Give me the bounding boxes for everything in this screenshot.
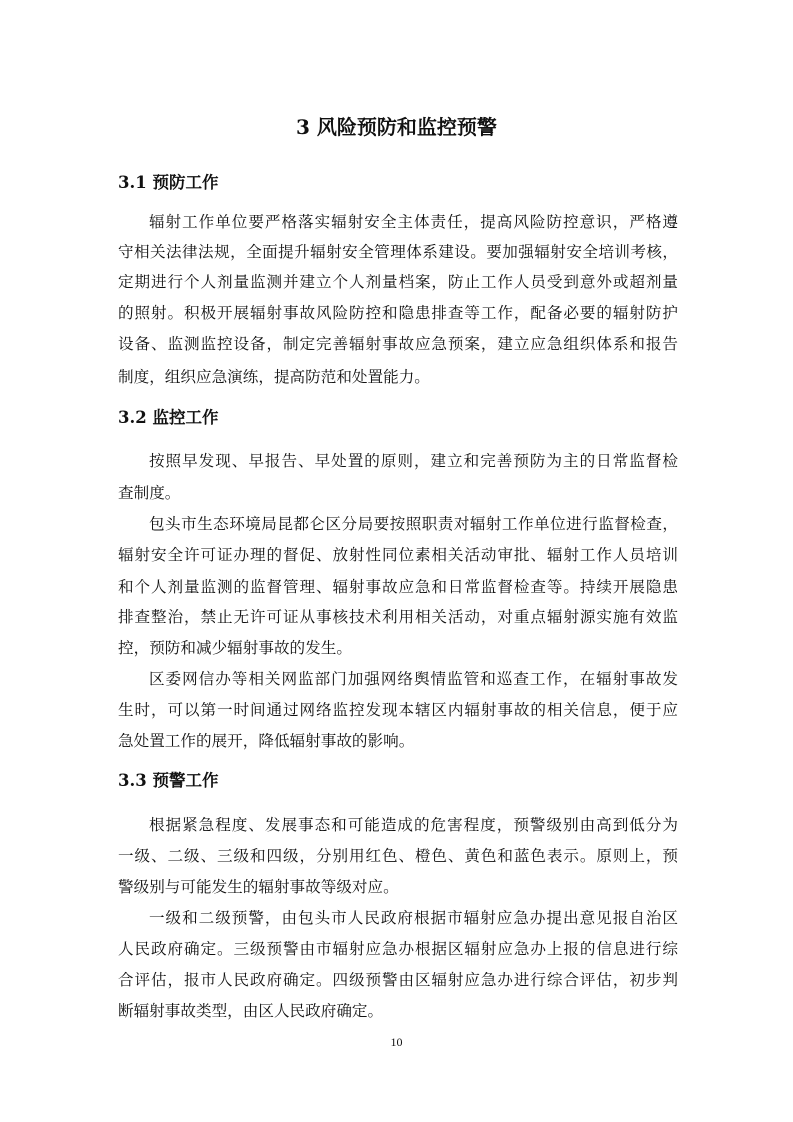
paragraph-line: 按照早发现、早报告、早处置的原则，建立和完善预防为主的日常监督检 [149,450,678,472]
paragraph-line: 人民政府确定。三级预警由市辐射应急办根据区辐射应急办上报的信息进行综 [118,938,678,960]
paragraph-line: 急处置工作的展开，降低辐射事故的影响。 [118,730,678,752]
paragraph-line: 制度，组织应急演练，提高防范和处置能力。 [118,366,678,388]
paragraph-line: 辐射安全许可证办理的督促、放射性同位素相关活动审批、辐射工作人员培训 [118,544,678,566]
paragraph-line: 根据紧急程度、发展事态和可能造成的危害程度，预警级别由高到低分为 [149,814,678,836]
paragraph-line: 定期进行个人剂量监测并建立个人剂量档案，防止工作人员受到意外或超剂量 [118,271,678,293]
paragraph-line: 一级、二级、三级和四级，分别用红色、橙色、黄色和蓝色表示。原则上，预 [118,845,678,867]
paragraph-line: 控，预防和减少辐射事故的发生。 [118,637,678,659]
document-page: 3 风险预防和监控预警 3.1 预防工作 辐射工作单位要严格落实辐射安全主体责任… [0,0,793,1122]
paragraph-line: 辐射工作单位要严格落实辐射安全主体责任，提高风险防控意识，严格遵 [149,211,678,233]
paragraph-line: 查制度。 [118,482,678,504]
paragraph-line: 排查整治，禁止无许可证从事核技术利用相关活动，对重点辐射源实施有效监 [118,606,678,628]
paragraph-line: 断辐射事故类型，由区人民政府确定。 [118,1000,678,1022]
paragraph-line: 一级和二级预警，由包头市人民政府根据市辐射应急办提出意见报自治区 [149,907,678,929]
paragraph-line: 合评估，报市人民政府确定。四级预警由区辐射应急办进行综合评估，初步判 [118,969,678,991]
paragraph-line: 包头市生态环境局昆都仑区分局要按照职责对辐射工作单位进行监督检查， [149,513,678,535]
paragraph-line: 和个人剂量监测的监督管理、辐射事故应急和日常监督检查等。持续开展隐患 [118,576,678,598]
page-number: 10 [0,1034,793,1050]
section-heading-3-3: 3.3 预警工作 [118,769,218,793]
paragraph-line: 生时，可以第一时间通过网络监控发现本辖区内辐射事故的相关信息，便于应 [118,699,678,721]
paragraph-line: 守相关法律法规，全面提升辐射安全管理体系建设。要加强辐射安全培训考核， [118,241,678,263]
chapter-title: 3 风险预防和监控预警 [0,112,793,142]
paragraph-line: 设备、监测监控设备，制定完善辐射事故应急预案，建立应急组织体系和报告 [118,333,678,355]
paragraph-line: 警级别与可能发生的辐射事故等级对应。 [118,876,678,898]
section-heading-3-1: 3.1 预防工作 [118,171,218,195]
section-heading-3-2: 3.2 监控工作 [118,406,218,430]
paragraph-line: 的照射。积极开展辐射事故风险防控和隐患排查等工作，配备必要的辐射防护 [118,302,678,324]
paragraph-line: 区委网信办等相关网监部门加强网络舆情监管和巡查工作，在辐射事故发 [149,668,678,690]
